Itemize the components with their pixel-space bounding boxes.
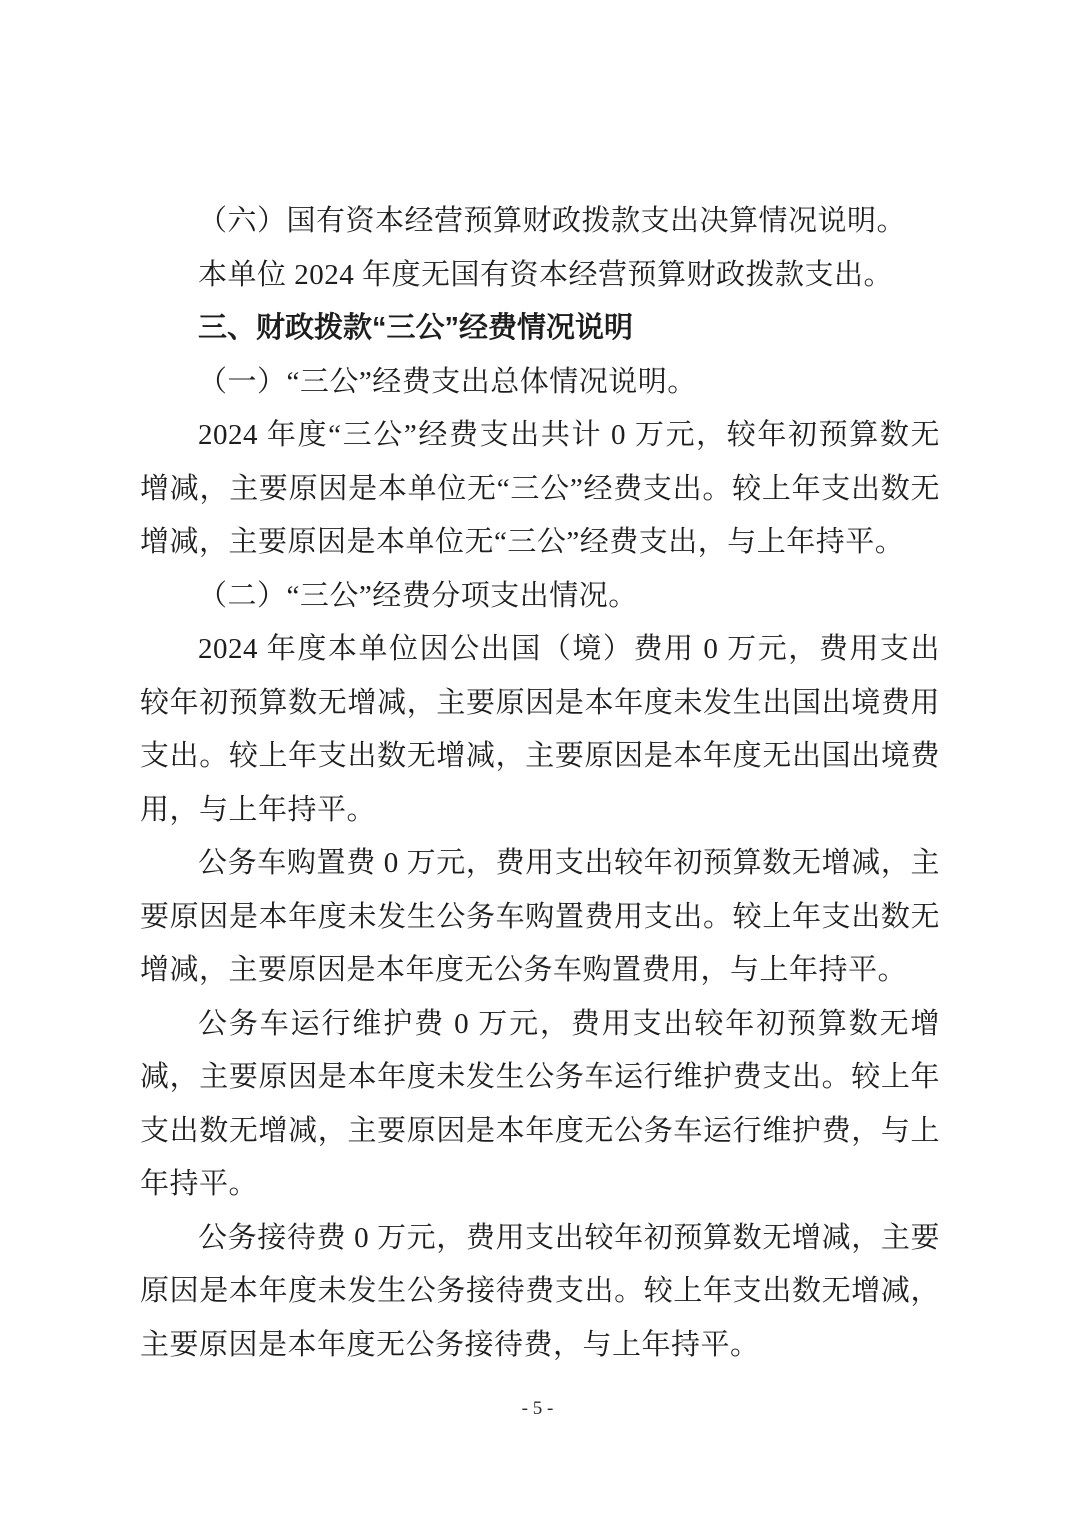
paragraph-official-reception-expense: 公务接待费 0 万元，费用支出较年初预算数无增减，主要原因是本年度未发生公务接待… [140, 1212, 940, 1373]
paragraph-overseas-travel-expense: 2024 年度本单位因公出国（境）费用 0 万元，费用支出较年初预算数无增减，主… [140, 623, 940, 837]
paragraph-no-soe-capital-expenditure: 本单位 2024 年度无国有资本经营预算财政拨款支出。 [140, 249, 940, 303]
subsection-heading-2: （二）“三公”经费分项支出情况。 [140, 570, 940, 624]
section-heading-three-public-funds: 三、财政拨款“三公”经费情况说明 [140, 302, 940, 356]
paragraph-three-public-overall: 2024 年度“三公”经费支出共计 0 万元，较年初预算数无增减，主要原因是本单… [140, 409, 940, 570]
subsection-heading-1: （一）“三公”经费支出总体情况说明。 [140, 356, 940, 410]
page-footer: - 5 - [0, 1398, 1075, 1420]
page-number: - 5 - [522, 1398, 554, 1419]
document-page: （六）国有资本经营预算财政拨款支出决算情况说明。 本单位 2024 年度无国有资… [0, 0, 1075, 1520]
paragraph-vehicle-purchase-expense: 公务车购置费 0 万元，费用支出较年初预算数无增减，主要原因是本年度未发生公务车… [140, 837, 940, 998]
document-body: （六）国有资本经营预算财政拨款支出决算情况说明。 本单位 2024 年度无国有资… [140, 195, 940, 1372]
paragraph-vehicle-maintenance-expense: 公务车运行维护费 0 万元，费用支出较年初预算数无增减，主要原因是本年度未发生公… [140, 998, 940, 1212]
subsection-heading-6: （六）国有资本经营预算财政拨款支出决算情况说明。 [140, 195, 940, 249]
